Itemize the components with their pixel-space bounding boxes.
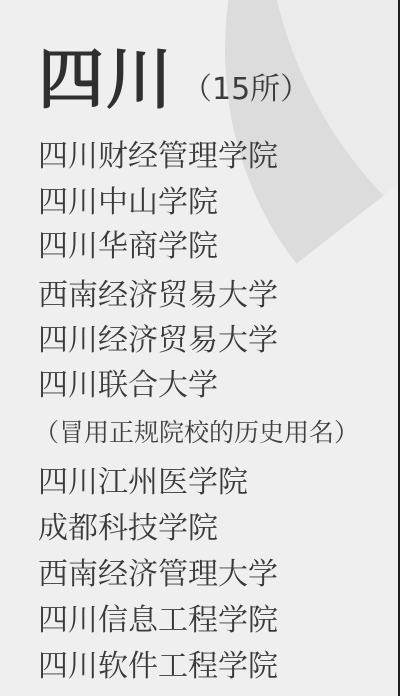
list-item: 四川信息工程学院 [38, 604, 278, 638]
list-item: 西南经济贸易大学 [38, 279, 278, 313]
list-item: 四川联合大学 [38, 369, 218, 403]
list-item: 四川财经管理学院 [38, 140, 278, 174]
list-item: 四川软件工程学院 [38, 650, 278, 684]
list-item: 四川经济贸易大学 [38, 324, 278, 358]
section-header: 四川 （15所） [38, 44, 310, 116]
province-title: 四川 [38, 44, 174, 116]
list-item: 四川中山学院 [38, 186, 218, 220]
list-item-note: （冒用正规院校的历史用名） [34, 418, 359, 448]
list-item: 成都科技学院 [38, 512, 218, 546]
college-count: （15所） [182, 70, 310, 110]
list-item: 西南经济管理大学 [38, 558, 278, 592]
list-item: 四川华商学院 [38, 230, 218, 264]
list-item: 四川江州医学院 [38, 466, 248, 500]
